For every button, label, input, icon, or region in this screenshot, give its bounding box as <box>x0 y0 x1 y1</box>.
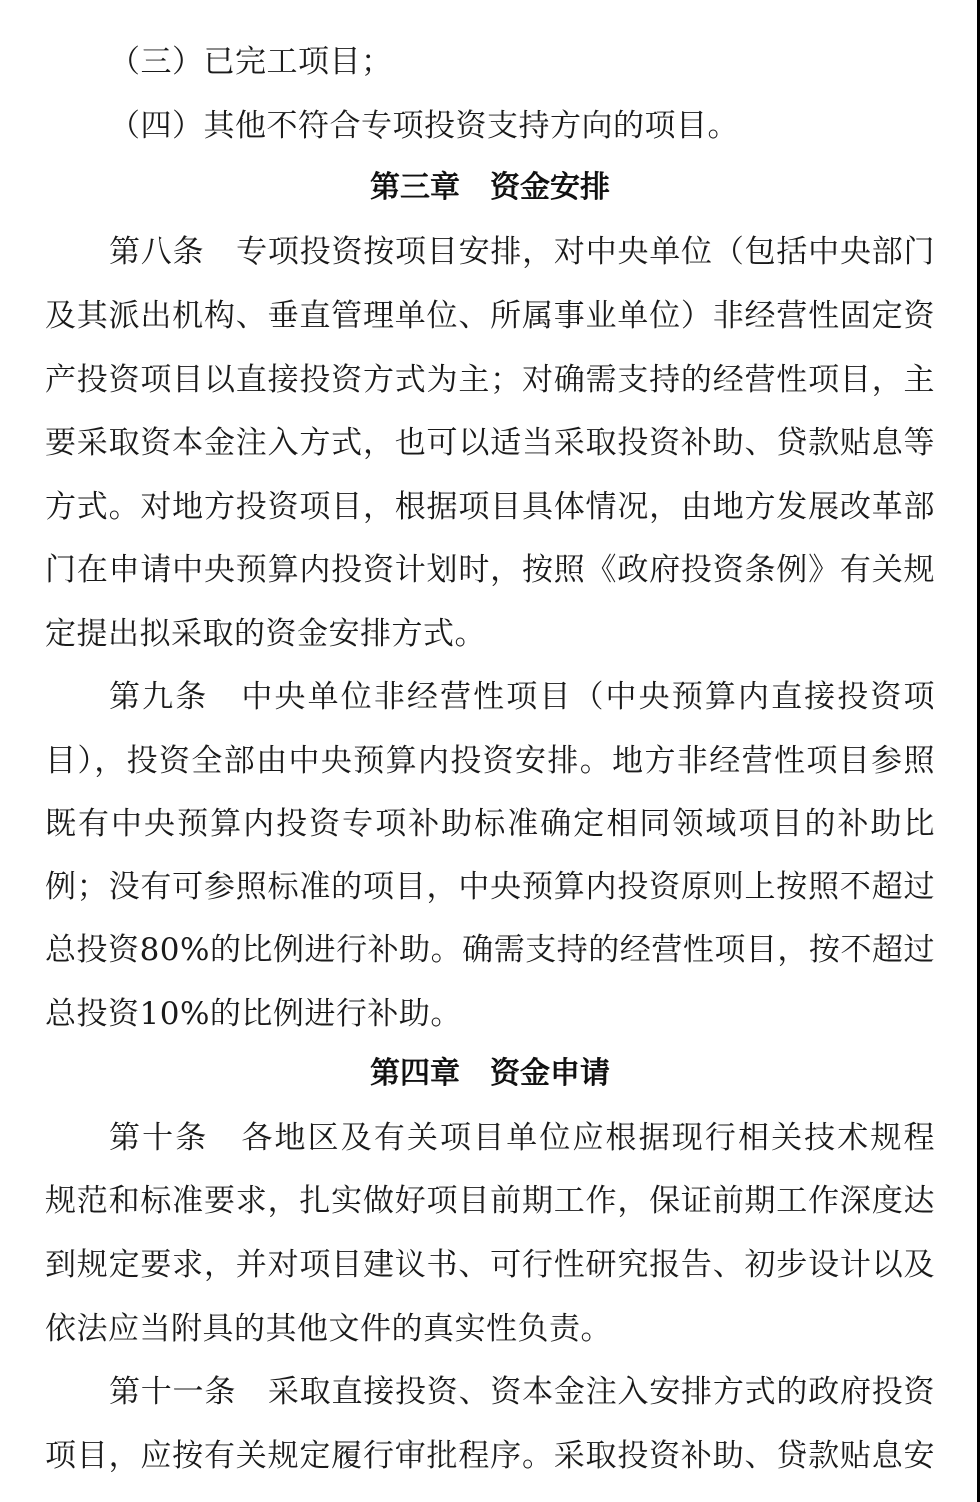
article-line: 第九条 中央单位非经营性项目（中央预算内直接投资项 <box>45 677 935 717</box>
article-line: 项目，应按有关规定履行审批程序。采取投资补助、贷款贴息安 <box>45 1436 935 1476</box>
article-line: 规范和标准要求，扎实做好项目前期工作，保证前期工作深度达 <box>45 1181 935 1221</box>
article-line: 门在申请中央预算内投资计划时，按照《政府投资条例》有关规 <box>45 550 935 590</box>
article-line: 第十一条 采取直接投资、资本金注入安排方式的政府投资 <box>45 1372 935 1412</box>
article-line: 总投资10%的比例进行补助。 <box>45 994 935 1034</box>
article-line: 总投资80%的比例进行补助。确需支持的经营性项目，按不超过 <box>45 930 935 970</box>
article-line: 产投资项目以直接投资方式为主；对确需支持的经营性项目，主 <box>45 360 935 400</box>
article-line: 及其派出机构、垂直管理单位、所属事业单位）非经营性固定资 <box>45 296 935 336</box>
list-item: （三）已完工项目； <box>45 42 935 82</box>
article-line: 依法应当附具的其他文件的真实性负责。 <box>45 1309 935 1349</box>
article-line: 定提出拟采取的资金安排方式。 <box>45 614 935 654</box>
article-line: 要采取资本金注入方式，也可以适当采取投资补助、贷款贴息等 <box>45 423 935 463</box>
chapter-heading: 第三章 资金安排 <box>45 168 935 208</box>
article-line: 到规定要求，并对项目建议书、可行性研究报告、初步设计以及 <box>45 1245 935 1285</box>
article-line: 方式。对地方投资项目，根据项目具体情况，由地方发展改革部 <box>45 487 935 527</box>
article-line: 例；没有可参照标准的项目，中央预算内投资原则上按照不超过 <box>45 867 935 907</box>
article-line: 第十条 各地区及有关项目单位应根据现行相关技术规程 <box>45 1118 935 1158</box>
chapter-heading: 第四章 资金申请 <box>45 1054 935 1094</box>
article-line: 既有中央预算内投资专项补助标准确定相同领域项目的补助比 <box>45 804 935 844</box>
article-line: 第八条 专项投资按项目安排，对中央单位（包括中央部门 <box>45 232 935 272</box>
article-line: 目），投资全部由中央预算内投资安排。地方非经营性项目参照 <box>45 741 935 781</box>
list-item: （四）其他不符合专项投资支持方向的项目。 <box>45 106 935 146</box>
